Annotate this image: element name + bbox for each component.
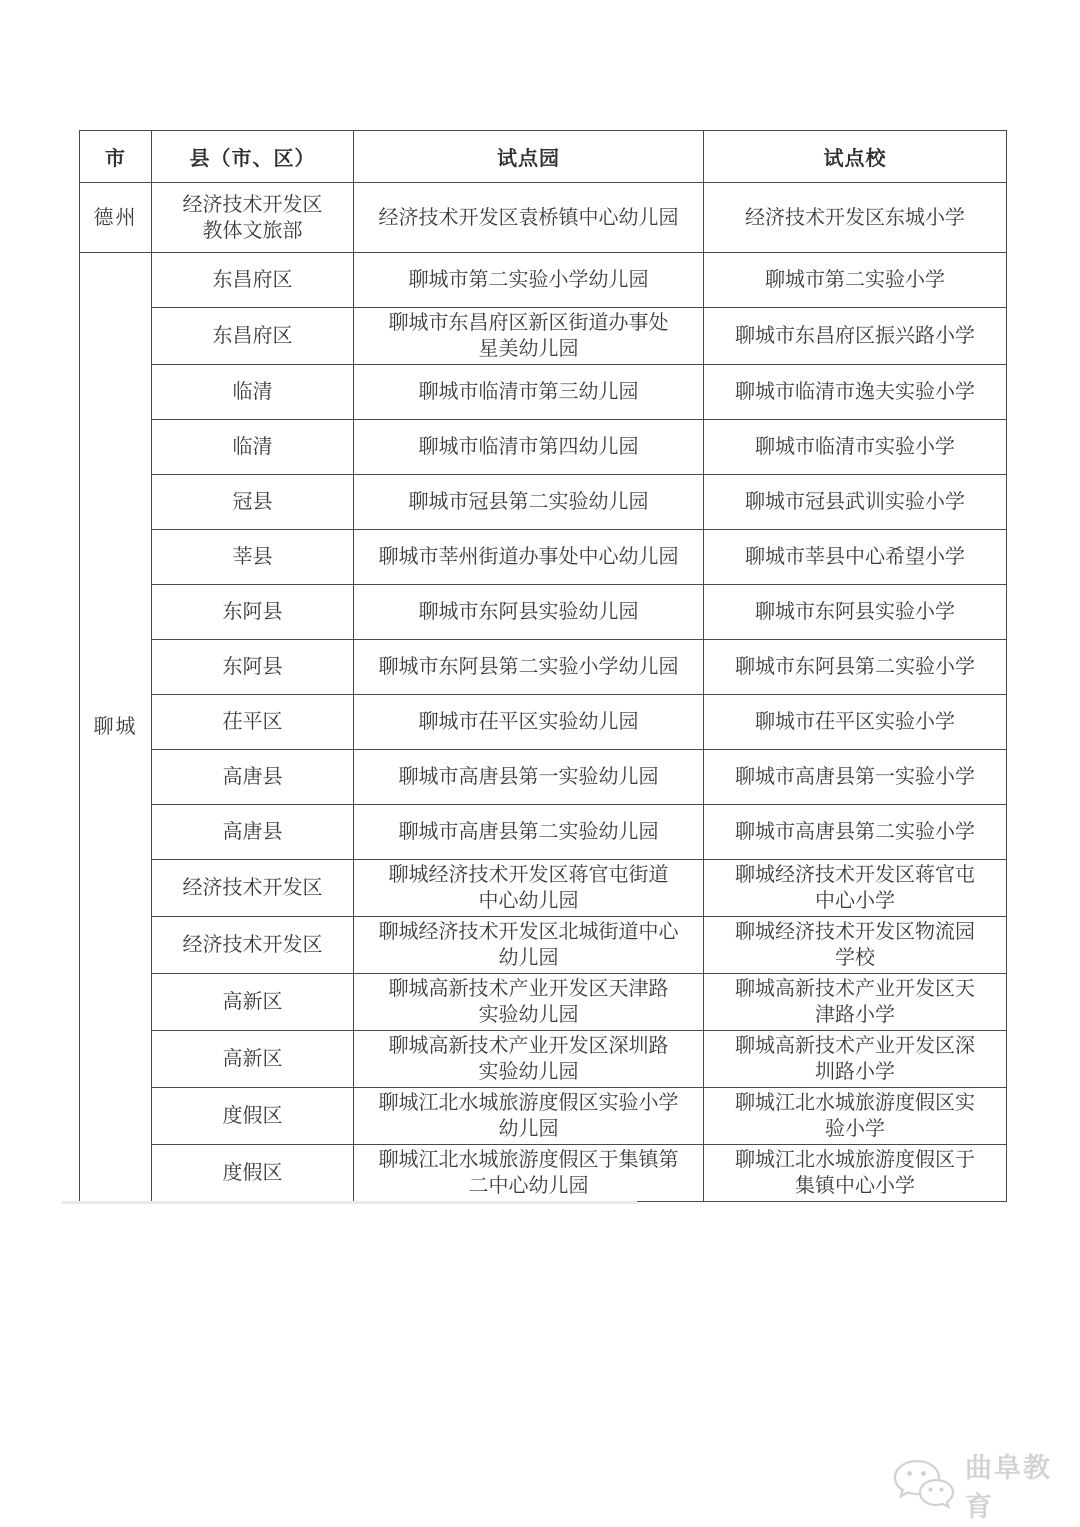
county-cell: 高新区 [152,974,354,1031]
kindergarten-cell: 聊城经济技术开发区北城街道中心 幼儿园 [354,917,704,974]
table-row: 东昌府区聊城市东昌府区新区街道办事处 星美幼儿园聊城市东昌府区振兴路小学 [80,308,1007,365]
county-cell: 临清 [152,420,354,475]
kindergarten-cell: 聊城市东阿县第二实验小学幼儿园 [354,640,704,695]
county-cell: 度假区 [152,1145,354,1202]
table-row: 茌平区聊城市茌平区实验幼儿园聊城市茌平区实验小学 [80,695,1007,750]
kindergarten-cell: 经济技术开发区袁桥镇中心幼儿园 [354,183,704,253]
school-cell: 聊城江北水城旅游度假区实 验小学 [704,1088,1007,1145]
kindergarten-cell: 聊城江北水城旅游度假区于集镇第 二中心幼儿园 [354,1145,704,1202]
school-cell: 聊城市莘县中心希望小学 [704,530,1007,585]
school-cell: 聊城江北水城旅游度假区于 集镇中心小学 [704,1145,1007,1202]
table-row: 度假区聊城江北水城旅游度假区实验小学 幼儿园聊城江北水城旅游度假区实 验小学 [80,1088,1007,1145]
school-cell: 聊城市临清市实验小学 [704,420,1007,475]
table-row: 聊城东昌府区聊城市第二实验小学幼儿园聊城市第二实验小学 [80,253,1007,308]
school-cell: 聊城市东昌府区振兴路小学 [704,308,1007,365]
kindergarten-cell: 聊城市临清市第三幼儿园 [354,365,704,420]
kindergarten-cell: 聊城高新技术产业开发区天津路 实验幼儿园 [354,974,704,1031]
kindergarten-cell: 聊城市莘州街道办事处中心幼儿园 [354,530,704,585]
table-row: 经济技术开发区聊城经济技术开发区北城街道中心 幼儿园聊城经济技术开发区物流园 学… [80,917,1007,974]
kindergarten-cell: 聊城市东昌府区新区街道办事处 星美幼儿园 [354,308,704,365]
table-row: 高唐县聊城市高唐县第一实验幼儿园聊城市高唐县第一实验小学 [80,750,1007,805]
col-header-county: 县（市、区） [152,131,354,183]
kindergarten-cell: 聊城高新技术产业开发区深圳路 实验幼儿园 [354,1031,704,1088]
city-cell: 聊城 [80,253,152,1202]
kindergarten-cell: 聊城江北水城旅游度假区实验小学 幼儿园 [354,1088,704,1145]
county-cell: 高唐县 [152,805,354,860]
table-row: 临清聊城市临清市第三幼儿园聊城市临清市逸夫实验小学 [80,365,1007,420]
col-header-school: 试点校 [704,131,1007,183]
county-cell: 冠县 [152,475,354,530]
school-cell: 聊城市东阿县第二实验小学 [704,640,1007,695]
table-row: 莘县聊城市莘州街道办事处中心幼儿园聊城市莘县中心希望小学 [80,530,1007,585]
kindergarten-cell: 聊城市冠县第二实验幼儿园 [354,475,704,530]
school-cell: 聊城经济技术开发区物流园 学校 [704,917,1007,974]
table-row: 临清聊城市临清市第四幼儿园聊城市临清市实验小学 [80,420,1007,475]
school-cell: 聊城市冠县武训实验小学 [704,475,1007,530]
county-cell: 临清 [152,365,354,420]
kindergarten-cell: 聊城经济技术开发区蒋官屯街道 中心幼儿园 [354,860,704,917]
table-row: 经济技术开发区聊城经济技术开发区蒋官屯街道 中心幼儿园聊城经济技术开发区蒋官屯 … [80,860,1007,917]
wechat-icon [890,1458,956,1512]
city-cell: 德州 [80,183,152,253]
school-cell: 聊城高新技术产业开发区天 津路小学 [704,974,1007,1031]
county-cell: 经济技术开发区 [152,860,354,917]
school-cell: 聊城市茌平区实验小学 [704,695,1007,750]
kindergarten-cell: 聊城市茌平区实验幼儿园 [354,695,704,750]
table-row: 冠县聊城市冠县第二实验幼儿园聊城市冠县武训实验小学 [80,475,1007,530]
county-cell: 东阿县 [152,585,354,640]
pilot-program-table: 市 县（市、区） 试点园 试点校 德州经济技术开发区 教体文旅部经济技术开发区袁… [79,130,1007,1202]
kindergarten-cell: 聊城市高唐县第二实验幼儿园 [354,805,704,860]
table-row: 高新区聊城高新技术产业开发区深圳路 实验幼儿园聊城高新技术产业开发区深 圳路小学 [80,1031,1007,1088]
county-cell: 东昌府区 [152,308,354,365]
table-row: 德州经济技术开发区 教体文旅部经济技术开发区袁桥镇中心幼儿园经济技术开发区东城小… [80,183,1007,253]
col-header-kindergarten: 试点园 [354,131,704,183]
kindergarten-cell: 聊城市东阿县实验幼儿园 [354,585,704,640]
watermark: 曲阜教育 [890,1446,1080,1524]
school-cell: 聊城高新技术产业开发区深 圳路小学 [704,1031,1007,1088]
school-cell: 聊城市高唐县第二实验小学 [704,805,1007,860]
county-cell: 莘县 [152,530,354,585]
school-cell: 聊城市高唐县第一实验小学 [704,750,1007,805]
county-cell: 茌平区 [152,695,354,750]
school-cell: 聊城市东阿县实验小学 [704,585,1007,640]
kindergarten-cell: 聊城市高唐县第一实验幼儿园 [354,750,704,805]
table-row: 度假区聊城江北水城旅游度假区于集镇第 二中心幼儿园聊城江北水城旅游度假区于 集镇… [80,1145,1007,1202]
table-row: 高唐县聊城市高唐县第二实验幼儿园聊城市高唐县第二实验小学 [80,805,1007,860]
county-cell: 东昌府区 [152,253,354,308]
kindergarten-cell: 聊城市临清市第四幼儿园 [354,420,704,475]
school-cell: 聊城市临清市逸夫实验小学 [704,365,1007,420]
county-cell: 度假区 [152,1088,354,1145]
header-row: 市 县（市、区） 试点园 试点校 [80,131,1007,183]
kindergarten-cell: 聊城市第二实验小学幼儿园 [354,253,704,308]
scan-shadow-line [62,1201,637,1204]
county-cell: 东阿县 [152,640,354,695]
watermark-label: 曲阜教育 [965,1446,1080,1524]
table-row: 高新区聊城高新技术产业开发区天津路 实验幼儿园聊城高新技术产业开发区天 津路小学 [80,974,1007,1031]
county-cell: 经济技术开发区 [152,917,354,974]
table-row: 东阿县聊城市东阿县第二实验小学幼儿园聊城市东阿县第二实验小学 [80,640,1007,695]
table-row: 东阿县聊城市东阿县实验幼儿园聊城市东阿县实验小学 [80,585,1007,640]
school-cell: 聊城经济技术开发区蒋官屯 中心小学 [704,860,1007,917]
col-header-city: 市 [80,131,152,183]
county-cell: 高新区 [152,1031,354,1088]
county-cell: 高唐县 [152,750,354,805]
county-cell: 经济技术开发区 教体文旅部 [152,183,354,253]
school-cell: 聊城市第二实验小学 [704,253,1007,308]
school-cell: 经济技术开发区东城小学 [704,183,1007,253]
document-page: 市 县（市、区） 试点园 试点校 德州经济技术开发区 教体文旅部经济技术开发区袁… [0,0,1080,1527]
